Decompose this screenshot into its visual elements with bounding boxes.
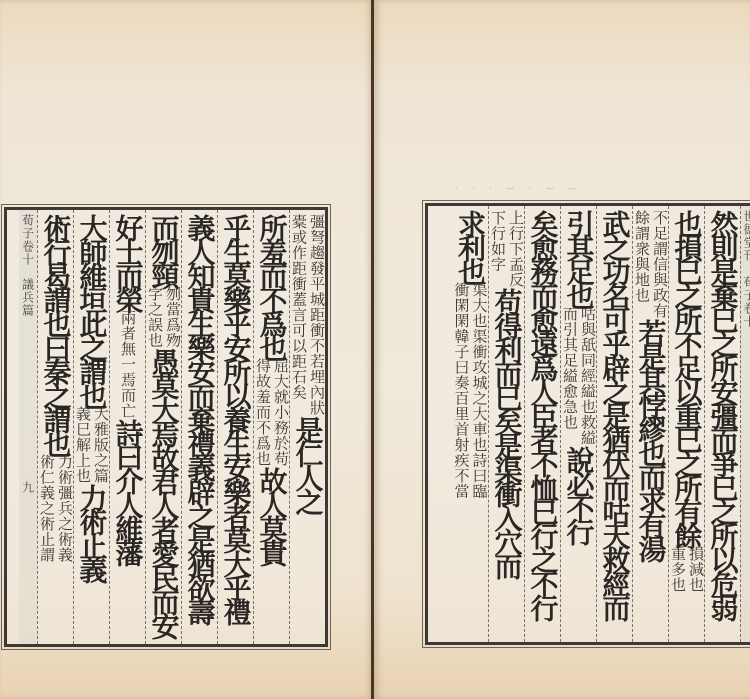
commentary-line: 兩者無一焉而亡 <box>119 310 136 419</box>
commentary-line: 咕與舐同經縊也救縊 <box>579 306 596 446</box>
text-column: 求利也 渠大也渠衝攻城之大車也詩曰臨 衝閑閑韓子曰奏百里首射疾不當 <box>452 206 488 642</box>
text-column: 術行曷謂也曰秦之謂也 力術彊兵之術義 術仁義之術止謂 <box>37 210 73 644</box>
right-page-text-frame: 世德堂刊 荀子卷十 然則是棄巳之所安彊而爭巳之所以危弱 也損巳之所不足以重巳之所… <box>425 203 750 645</box>
commentary-line: 餘謂衆與地也 <box>633 210 650 319</box>
commentary: 屈大就小務於苟 得故羞而不爲也 <box>254 358 289 467</box>
commentary-line: 渠大也渠衝攻城之大車也詩曰臨 <box>471 282 488 499</box>
commentary-line: 力術彊兵之術義 <box>56 454 73 563</box>
commentary-line: 損減也 <box>687 546 704 593</box>
text-column: 乎生莫樂乎安所以養生安樂者莫大乎禮 <box>217 210 253 644</box>
commentary: 刎當爲歾 字之誤也 <box>146 286 181 348</box>
volume-label: 荀子卷十 <box>741 276 750 328</box>
main-text: 所羞而不爲也 <box>255 214 289 358</box>
commentary-line: 而引其足縊愈急也 <box>561 306 578 446</box>
commentary-line: 衝閑閑韓子曰奏百里首射疾不當 <box>453 282 470 499</box>
commentary-line: 字之誤也 <box>146 286 163 348</box>
text-column: 好士而榮 兩者無一焉而亡 詩曰介人維藩 <box>109 210 145 644</box>
page-number: 九 <box>20 481 37 494</box>
main-text: 若是其悖繆也而求有湯 <box>634 319 668 559</box>
main-text: 苟得利而巳矣是渠衝入穴而 <box>490 288 524 576</box>
text-column: 義人知貴生樂安而棄禮義辟之是猶欲壽 <box>181 210 217 644</box>
commentary: 渠大也渠衝攻城之大車也詩曰臨 衝閑閑韓子曰奏百里首射疾不當 <box>453 282 488 499</box>
main-text: 求利也 <box>453 210 487 282</box>
main-text: 義人知貴生樂安而棄禮義辟之是猶欲壽 <box>183 214 217 622</box>
text-column: 而刎頸 刎當爲歾 字之誤也 愚莫大焉故君人者愛民而安 <box>145 210 181 644</box>
main-text: 是仁人之 <box>291 416 325 512</box>
main-text: 好士而榮 <box>111 214 145 310</box>
main-text: 故人莫貴 <box>255 467 289 563</box>
faded-print-smudge: · · · — · — — <box>455 184 655 194</box>
commentary: 咕與舐同經縊也救縊 而引其足縊愈急也 <box>561 306 596 446</box>
main-text: 而刎頸 <box>147 214 181 286</box>
text-column: 不足謂信與政有 餘謂衆與地也 若是其悖繆也而求有湯 <box>632 206 668 642</box>
main-text: 詩曰介人維藩 <box>111 419 145 563</box>
commentary-line: 橐或作距衝蓋言可以距石矣 <box>290 214 307 416</box>
text-column: 所羞而不爲也 屈大就小務於苟 得故羞而不爲也 故人莫貴 <box>253 210 289 644</box>
commentary-line: 不足謂信與政有 <box>651 210 668 319</box>
commentary: 不足謂信與政有 餘謂衆與地也 <box>633 210 668 319</box>
main-text: 乎生莫樂乎安所以養生安樂者莫大乎禮 <box>219 214 253 622</box>
main-text: 引其足也 <box>562 210 596 306</box>
main-text: 然則是棄巳之所安彊而爭巳之所以危弱 <box>706 210 740 618</box>
main-text: 術行曷謂也曰秦之謂也 <box>39 214 73 454</box>
text-column: 大師維垣此之謂也 大雅版之篇 義巳解上也 力術止義 <box>73 210 109 644</box>
commentary-line: 彊弩趨發平城距衝不若埋內狀 <box>308 214 325 416</box>
text-column: 彊弩趨發平城距衝不若埋內狀 橐或作距衝蓋言可以距石矣 是仁人之 <box>289 210 325 644</box>
commentary-line: 大雅版之篇 <box>92 406 109 484</box>
commentary: 兩者無一焉而亡 <box>119 310 136 419</box>
right-page-margin: 世德堂刊 荀子卷十 <box>740 206 750 642</box>
left-page-margin: 荀子卷十 議兵篇 九 <box>19 210 37 644</box>
main-text: 矣愈務而愈遠爲人臣者不恤巳行之不行 <box>526 210 560 618</box>
main-text: 武之功名可乎辟之是猶伏而咕天救經而 <box>598 210 632 618</box>
text-column: 武之功名可乎辟之是猶伏而咕天救經而 <box>596 206 632 642</box>
commentary: 力術彊兵之術義 術仁義之術止謂 <box>38 454 73 563</box>
commentary-line: 重多也 <box>669 546 686 593</box>
main-text: 大師維垣此之謂也 <box>75 214 109 406</box>
commentary-line: 刎當爲歾 <box>164 286 181 348</box>
main-text: 愚莫大焉故君人者愛民而安 <box>147 348 181 636</box>
commentary-line: 術仁義之術止謂 <box>38 454 55 563</box>
main-text: 也損巳之所不足以重巳之所有餘 <box>670 210 704 546</box>
commentary-line: 下行如字 <box>489 210 506 288</box>
text-column: 然則是棄巳之所安彊而爭巳之所以危弱 <box>704 206 740 642</box>
commentary-line: 屈大就小務於苟 <box>272 358 289 467</box>
text-column: 上行下孟反 下行如字 苟得利而巳矣是渠衝入穴而 <box>488 206 524 642</box>
commentary: 上行下孟反 下行如字 <box>489 210 524 288</box>
left-page-text-frame: 彊弩趨發平城距衝不若埋內狀 橐或作距衝蓋言可以距石矣 是仁人之 所羞而不爲也 屈… <box>4 207 328 647</box>
commentary: 彊弩趨發平城距衝不若埋內狀 橐或作距衝蓋言可以距石矣 <box>290 214 325 416</box>
commentary-line: 義巳解上也 <box>74 406 91 484</box>
edition-mark: 世德堂刊 <box>741 210 750 262</box>
chapter-label: 議兵篇 <box>20 278 37 317</box>
text-column: 矣愈務而愈遠爲人臣者不恤巳行之不行 <box>524 206 560 642</box>
commentary-line: 上行下孟反 <box>507 210 524 288</box>
main-text: 說必不行 <box>562 446 596 542</box>
text-column: 引其足也 咕與舐同經縊也救縊 而引其足縊愈急也 說必不行 <box>560 206 596 642</box>
text-column: 也損巳之所不足以重巳之所有餘 損減也 重多也 <box>668 206 704 642</box>
book-volume-label: 荀子卷十 <box>20 214 37 266</box>
commentary-line: 得故羞而不爲也 <box>254 358 271 467</box>
book-spread: · · · — · — — 世德堂刊 荀子卷十 然則是棄巳之所安彊而爭巳之所以危… <box>0 0 750 699</box>
commentary: 大雅版之篇 義巳解上也 <box>74 406 109 484</box>
commentary: 損減也 重多也 <box>669 546 704 593</box>
main-text: 力術止義 <box>75 484 109 580</box>
